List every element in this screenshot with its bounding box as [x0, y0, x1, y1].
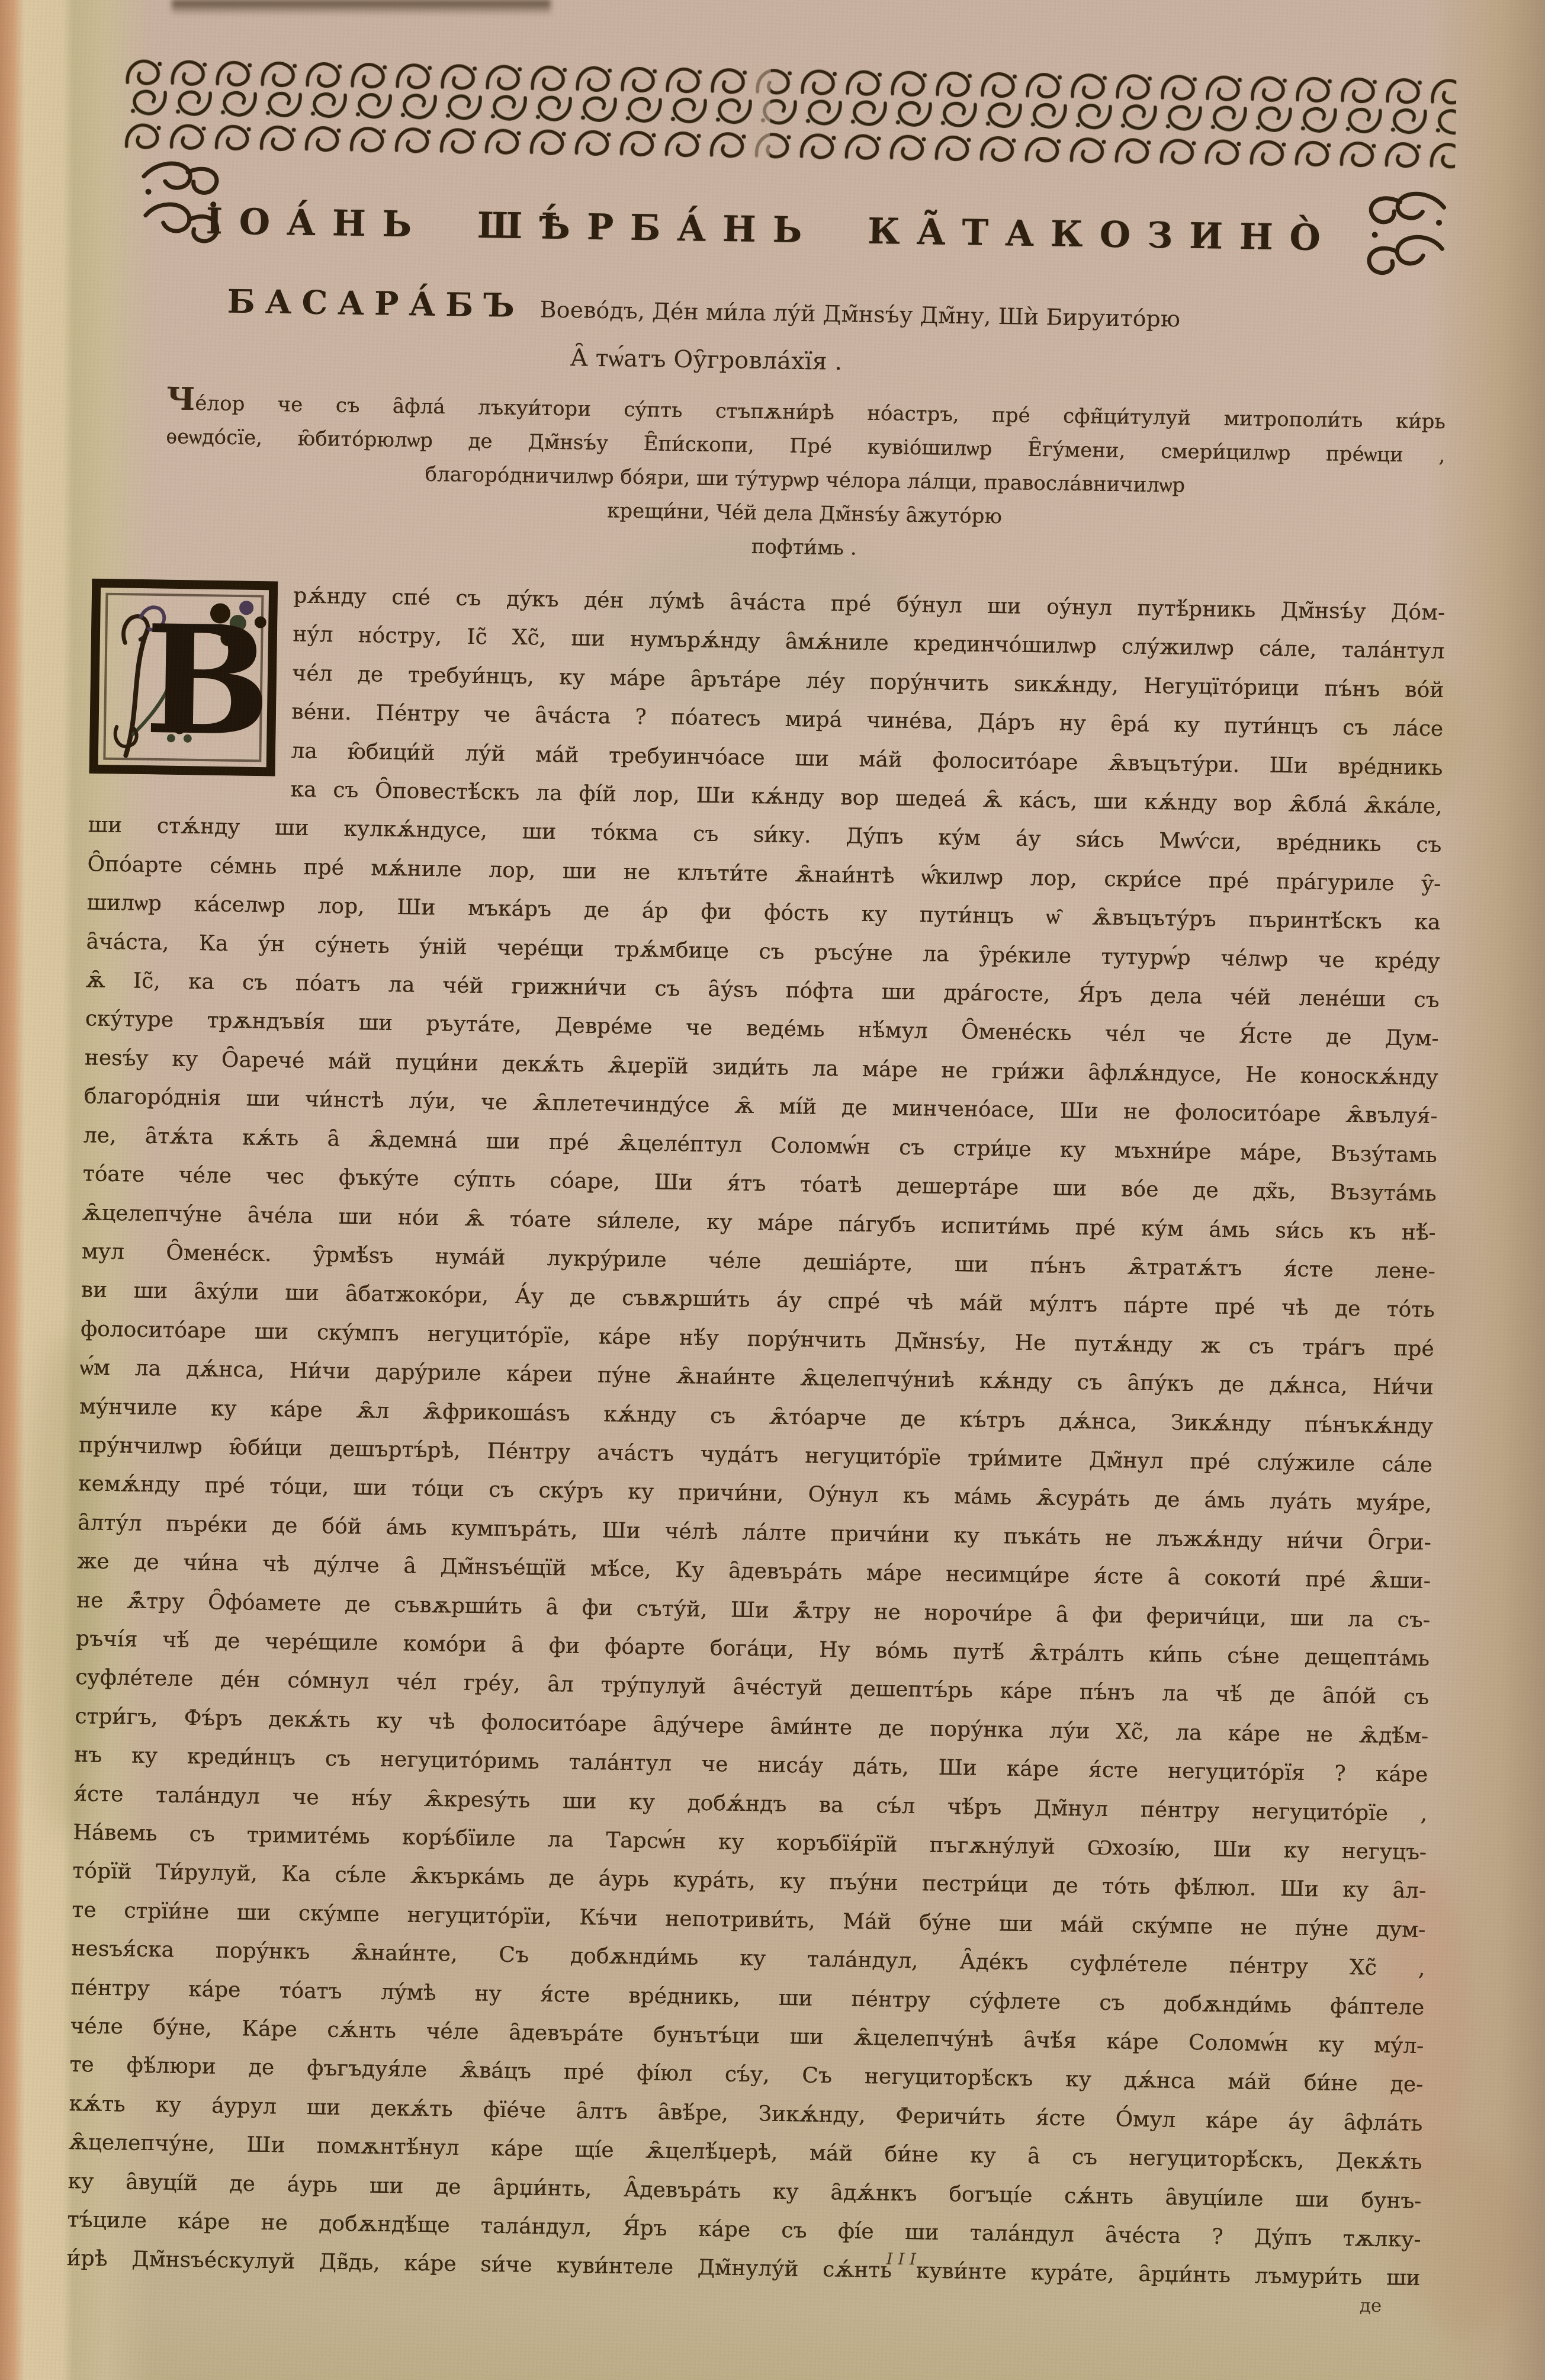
page-content: ІОА́НЬ ШѢ́РБА́НЬ КА̃ТАКОЗИНО̀ БАСАРА́БЪВ…: [49, 53, 1463, 2360]
document-title: ІОА́НЬ ШѢ́РБА́НЬ КА̃ТАКОЗИНО̀: [205, 201, 1402, 260]
page-edge-shadow: [172, 0, 551, 15]
subtitle-styles: Воево́дъ, Де́н ми́ла лу́й Дм̃нѕъ́у Дм̃ну…: [539, 296, 1180, 332]
body-lines: рѫ́нду спе́ съ ду́къ де́н лу́мѣ а̑ча́ста…: [66, 573, 1445, 2298]
woodcut-headband-border: [123, 55, 1457, 173]
address-preamble: Че́лор че съ а̑фла́ лъкуи́тори су́пть ст…: [164, 386, 1446, 574]
woodcut-initial-letter: В: [89, 578, 278, 777]
subtitle-name-caps: БАСАРА́БЪ: [227, 282, 525, 325]
scanned-book-page: ІОА́НЬ ШѢ́РБА́НЬ КА̃ТАКОЗИНО̀ БАСАРА́БЪВ…: [0, 0, 1545, 2380]
main-text-block: В рѫ́нду спе́ съ ду́къ де́н лу́мѣ а̑ча́с…: [66, 573, 1445, 2298]
document-subtitle: БАСАРА́БЪВоево́дъ, Де́н ми́ла лу́й Дм̃нѕ…: [227, 282, 1341, 337]
subtitle-territory-line: А̑ тѡ́атъ Оу̑гровла́хїя .: [226, 339, 1186, 381]
initial-letter-glyph: В: [143, 592, 272, 769]
catchword: де: [1360, 2295, 1382, 2317]
signature-mark: ІІІ: [886, 2250, 921, 2269]
